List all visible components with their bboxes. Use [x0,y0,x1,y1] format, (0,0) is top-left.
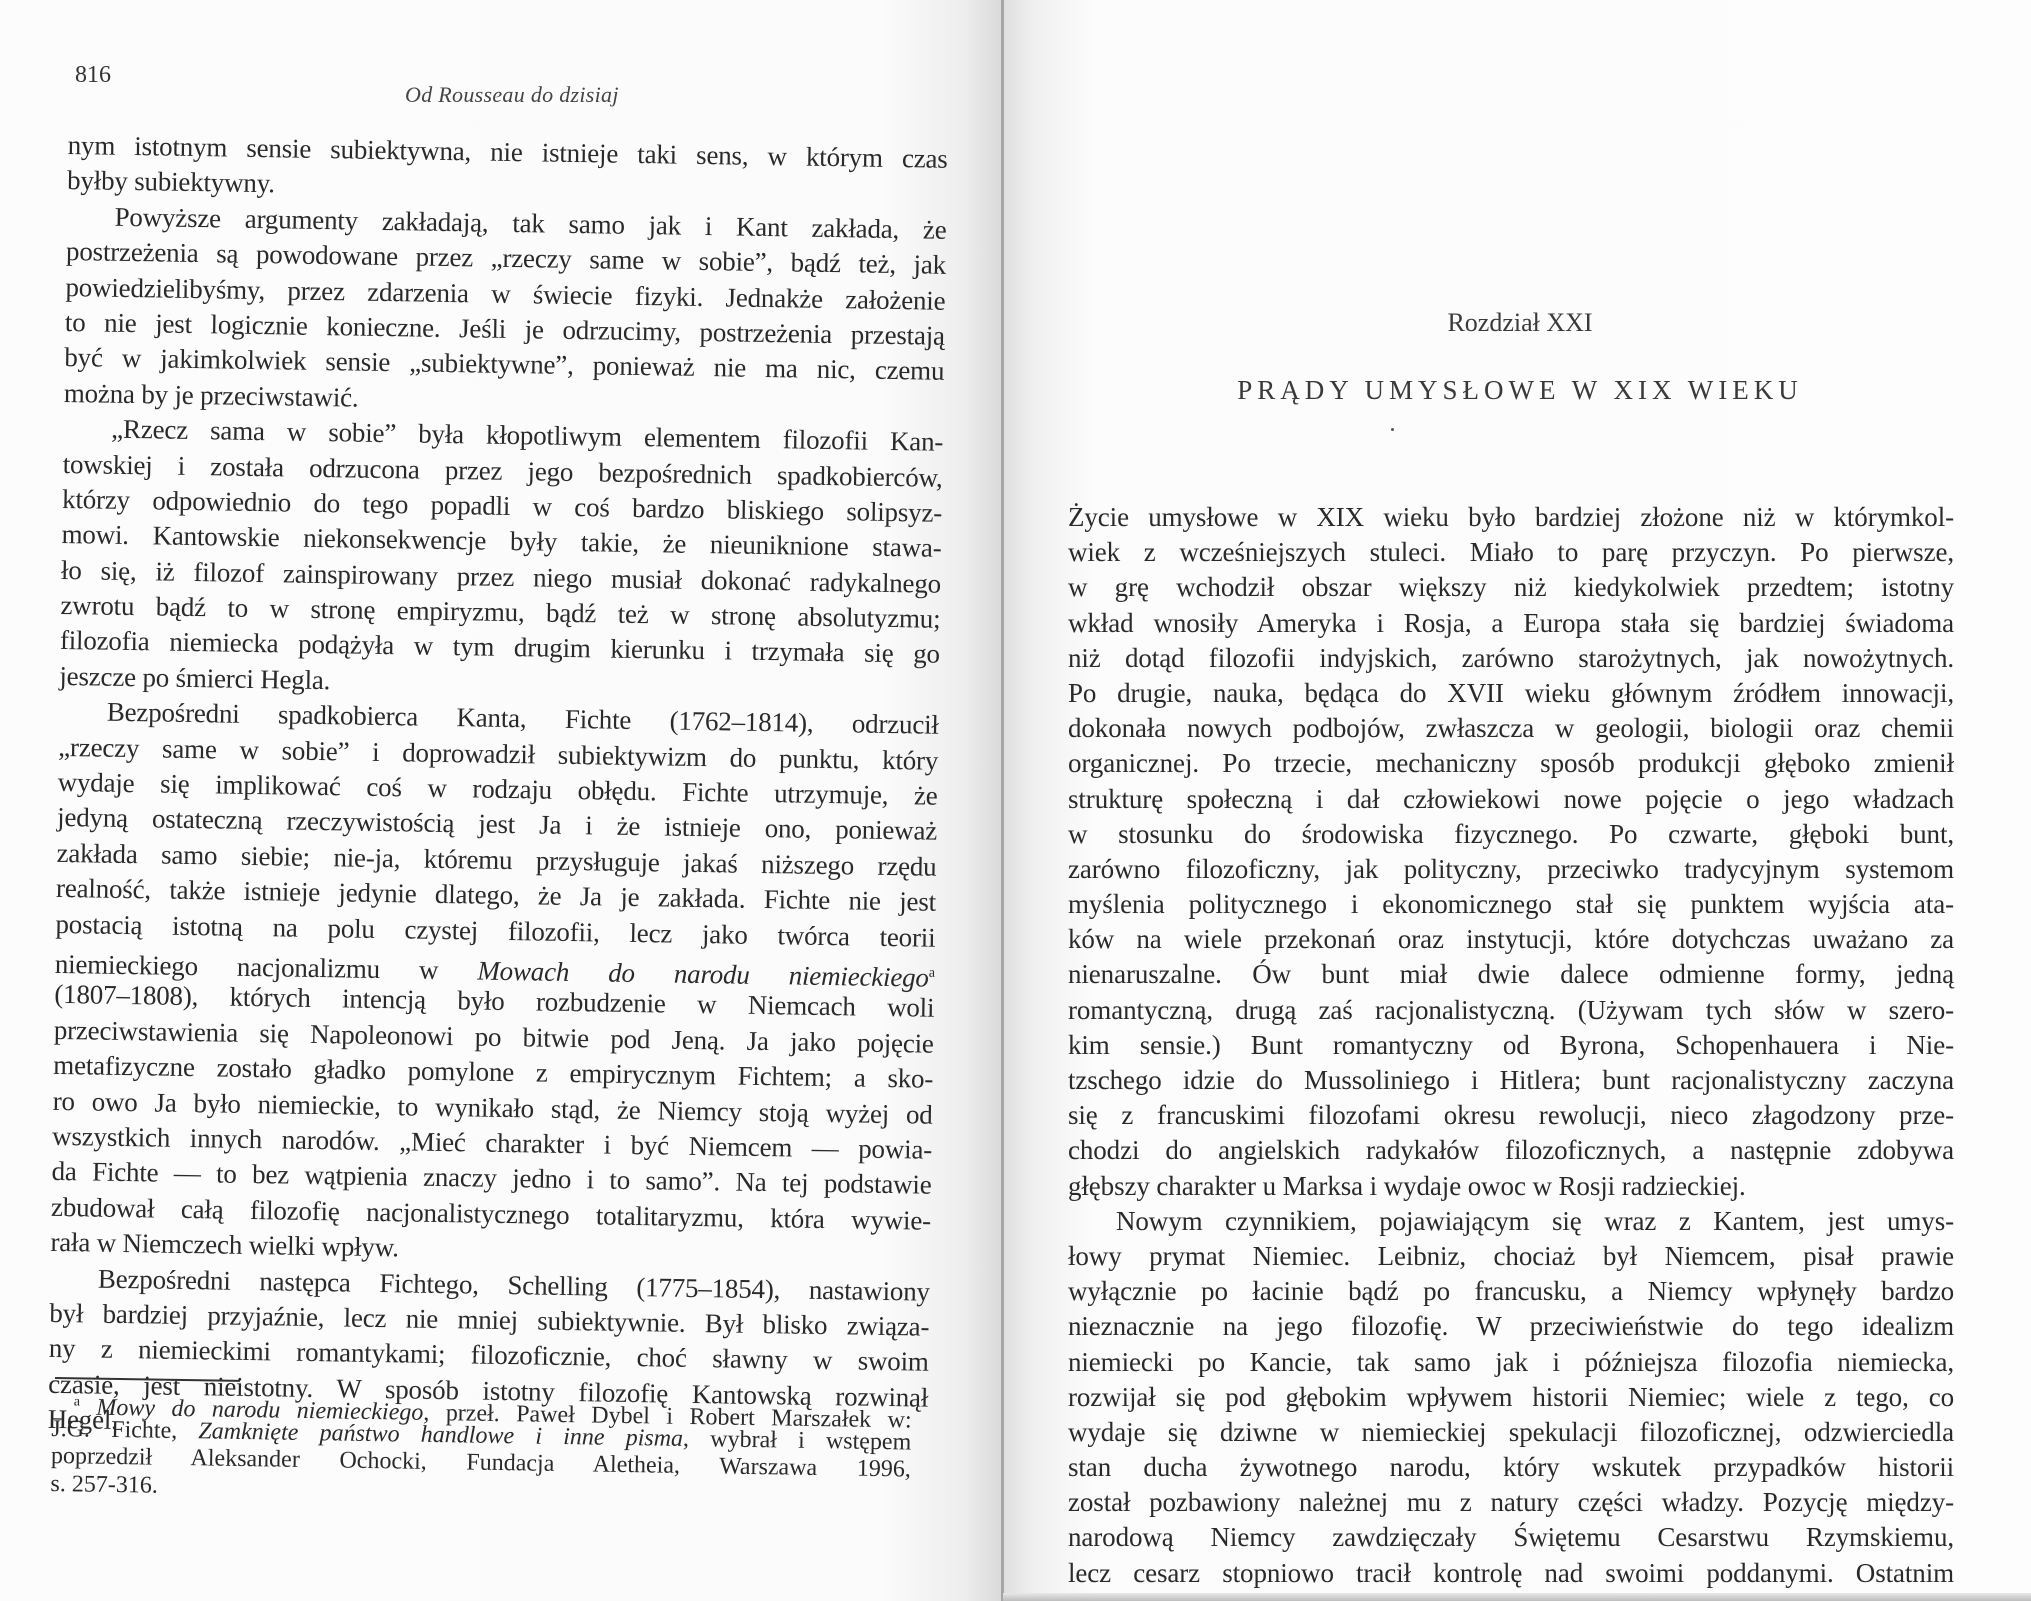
text-line: niż dotąd filozofii indyjskich, zarówno … [1068,641,1954,676]
running-title: Od Rousseau do dzisiaj [405,82,619,108]
footnote-reference[interactable]: a [929,966,935,981]
chapter-title: PRĄDY UMYSŁOWE W XIX WIEKU [1040,375,2000,406]
footnote-text: J.G. Fichte, [51,1415,198,1443]
chapter-number: Rozdział XXI [1040,308,2000,338]
page-bottom-edge [1003,1593,2031,1601]
text-line: został pozbawiony należnej mu z natury c… [1068,1485,1954,1520]
footnote: a Mowy do narodu niemieckiego, przeł. Pa… [50,1388,912,1511]
text-line: kim sensie.) Bunt romantyczny od Byrona,… [1068,1028,1954,1063]
text-line: romantyczną, drugą zaś racjonalistyczną.… [1068,993,1954,1028]
scan-speck [1391,428,1394,431]
text-line: w stosunku do środowiska fizycznego. Po … [1068,817,1954,852]
text-line: wyłącznie po łacinie bądź po francusku, … [1068,1274,1954,1309]
text-line: łowy prymat Niemiec. Leibniz, chociaż by… [1068,1239,1954,1274]
text-line: strukturę społeczną i dał człowiekowi no… [1068,782,1954,817]
text-line: się z francuskimi filozofami okresu rewo… [1068,1098,1954,1133]
text-line: wiek z wcześniejszych stuleci. Miało to … [1068,535,1954,570]
text-line: lecz cesarz stopniowo tracił kontrolę na… [1068,1556,1954,1591]
text-line: ków na wiele przekonań oraz instytucji, … [1068,922,1954,957]
text-line: stan ducha żywotnego narodu, który wskut… [1068,1450,1954,1485]
text-line: wydaje się dziwne w niemieckiej spekulac… [1068,1415,1954,1450]
text-line: chodzi do angielskich radykałów filozofi… [1068,1133,1954,1168]
text-line: myślenia politycznego i ekonomicznego st… [1068,887,1954,922]
paragraph-start: Nowym czynnikiem, pojawiającym się wraz … [1068,1204,1954,1239]
book-spine [1001,0,1004,1601]
right-page-body: Życie umysłowe w XIX wieku było bardziej… [1068,500,1954,1591]
text-line: w grę wchodził obszar większy niż kiedyk… [1068,570,1954,605]
page-number: 816 [75,62,111,89]
text-line: Po drugie, nauka, będąca do XVII wieku g… [1068,676,1954,711]
footnote-marker: a [74,1394,80,1409]
text-line: rozwijał się pod głębokim wpływem histor… [1068,1380,1954,1415]
book-spread: 816 Od Rousseau do dzisiaj nym istotnym … [0,0,2031,1601]
left-page-body: nym istotnym sensie subiektywna, nie ist… [47,128,947,1451]
footnote-text: , wybrał i wstępem [683,1425,912,1455]
text-line: wkład wnosiły Ameryka i Rosja, a Europa … [1068,606,1954,641]
text-line: dokonała nowych podbojów, zwłaszcza w ge… [1068,711,1954,746]
text-line: narodową Niemcy zawdzięczały Świętemu Ce… [1068,1520,1954,1555]
text-line: nieznacznie na jego filozofię. W przeciw… [1068,1309,1954,1344]
text-line: Życie umysłowe w XIX wieku było bardziej… [1068,500,1954,535]
text-line: nienaruszalne. Ów bunt miał dwie dalece … [1068,957,1954,992]
text-line: zarówno filozoficzny, jak polityczny, pr… [1068,852,1954,887]
text-line: tzschego idzie do Mussoliniego i Hitlera… [1068,1063,1954,1098]
running-head: 816 Od Rousseau do dzisiaj [75,62,955,102]
text-line: organicznej. Po trzecie, mechaniczny spo… [1068,746,1954,781]
text-line: głębszy charakter u Marksa i wydaje owoc… [1068,1169,1954,1204]
text-line: niemiecki po Kancie, tak samo jak i późn… [1068,1345,1954,1380]
